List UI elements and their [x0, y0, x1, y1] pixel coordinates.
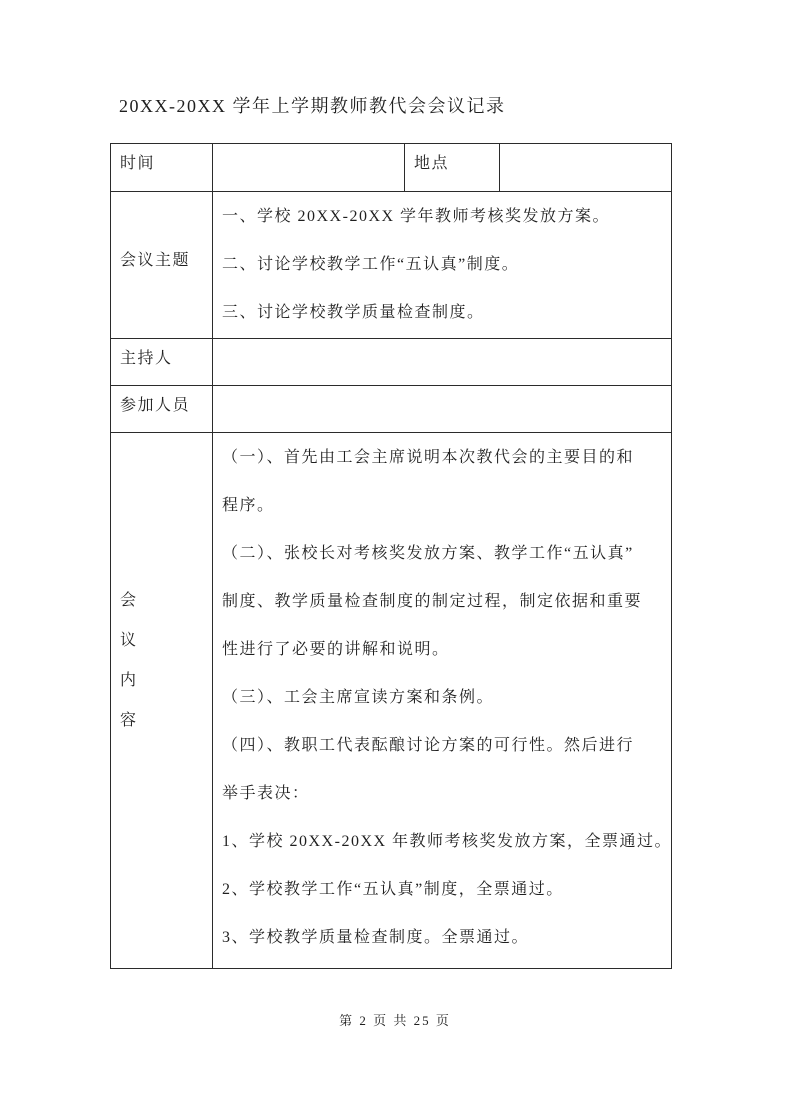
- content-line: 举手表决：: [222, 770, 669, 818]
- page-number-footer: 第 2 页 共 25 页: [0, 1010, 790, 1029]
- content-label-char: 议: [120, 621, 204, 661]
- place-value-cell: [500, 144, 671, 191]
- host-value-cell: [213, 339, 671, 385]
- content-line: 程序。: [222, 482, 669, 530]
- content-line: 3、学校教学质量检查制度。全票通过。: [222, 914, 669, 962]
- content-line: （二）、张校长对考核奖发放方案、教学工作“五认真”: [222, 530, 669, 578]
- table-row-participants: 参加人员: [111, 386, 671, 433]
- theme-label-cell: 会议主题: [111, 192, 213, 338]
- place-label-cell: 地点: [405, 144, 500, 191]
- theme-line: 一、学校 20XX-20XX 学年教师考核奖发放方案。: [222, 193, 669, 241]
- document-title: 20XX-20XX 学年上学期教师教代会会议记录: [119, 92, 506, 118]
- content-line: 制度、教学质量检查制度的制定过程，制定依据和重要: [222, 578, 669, 626]
- meeting-record-table: 时间 地点 会议主题 一、学校 20XX-20XX 学年教师考核奖发放方案。 二…: [110, 143, 672, 969]
- table-row-host: 主持人: [111, 339, 671, 386]
- content-line: （一）、首先由工会主席说明本次教代会的主要目的和: [222, 434, 669, 482]
- content-line: 1、学校 20XX-20XX 年教师考核奖发放方案，全票通过。: [222, 818, 669, 866]
- content-label-char: 容: [120, 701, 204, 741]
- table-row-content: 会 议 内 容 （一）、首先由工会主席说明本次教代会的主要目的和 程序。 （二）…: [111, 433, 671, 968]
- content-body-cell: （一）、首先由工会主席说明本次教代会的主要目的和 程序。 （二）、张校长对考核奖…: [213, 433, 671, 968]
- table-row-theme: 会议主题 一、学校 20XX-20XX 学年教师考核奖发放方案。 二、讨论学校教…: [111, 192, 671, 339]
- time-label-cell: 时间: [111, 144, 213, 191]
- content-line: （四）、教职工代表酝酿讨论方案的可行性。然后进行: [222, 722, 669, 770]
- content-line: 2、学校教学工作“五认真”制度，全票通过。: [222, 866, 669, 914]
- content-label-char: 会: [120, 581, 204, 621]
- time-value-cell: [213, 144, 405, 191]
- participants-value-cell: [213, 386, 671, 432]
- table-row-time-place: 时间 地点: [111, 144, 671, 192]
- theme-line: 三、讨论学校教学质量检查制度。: [222, 289, 669, 337]
- content-label-char: 内: [120, 661, 204, 701]
- content-line: 性进行了必要的讲解和说明。: [222, 626, 669, 674]
- theme-content-cell: 一、学校 20XX-20XX 学年教师考核奖发放方案。 二、讨论学校教学工作“五…: [213, 192, 671, 338]
- theme-line: 二、讨论学校教学工作“五认真”制度。: [222, 241, 669, 289]
- host-label-cell: 主持人: [111, 339, 213, 385]
- participants-label-cell: 参加人员: [111, 386, 213, 432]
- document-page: 20XX-20XX 学年上学期教师教代会会议记录 时间 地点 会议主题 一、学校…: [0, 0, 790, 1118]
- content-label-cell: 会 议 内 容: [111, 433, 213, 968]
- content-line: （三）、工会主席宣读方案和条例。: [222, 674, 669, 722]
